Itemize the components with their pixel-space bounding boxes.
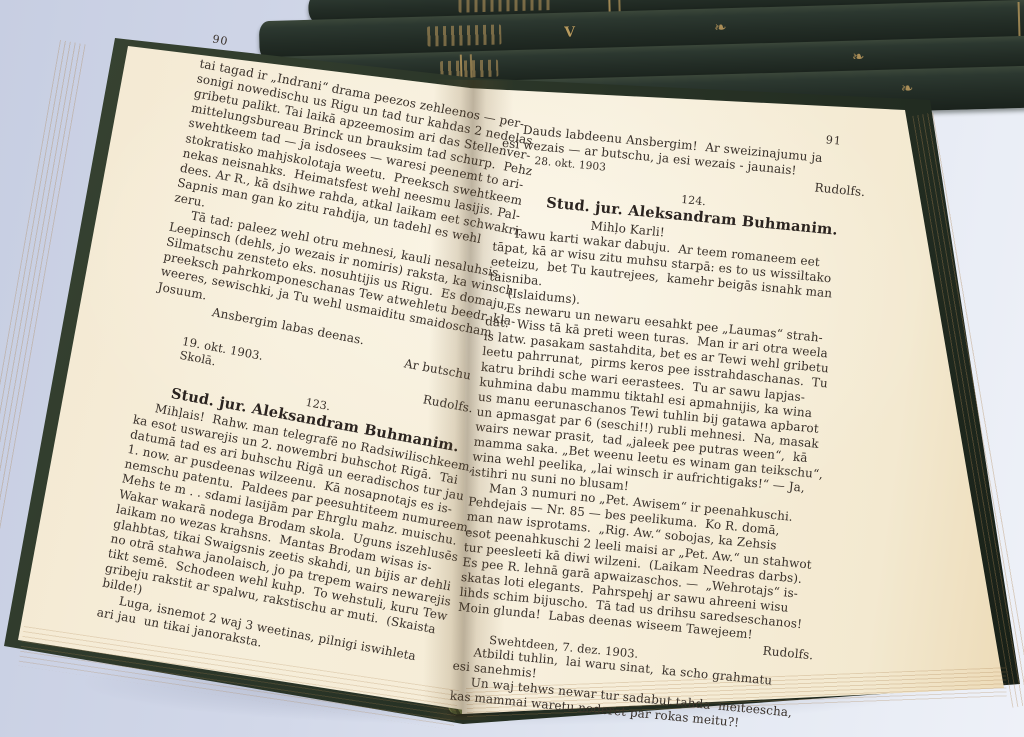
photo-scene: ❧ ❧ V ❧ ❧ IV ❧ ❧ 90: [0, 0, 1024, 737]
gold-cap-band: [1018, 2, 1024, 38]
gold-ornament-icon: ❧: [714, 18, 727, 36]
volume-numeral: V: [564, 24, 576, 40]
gold-ornament-icon: ❧: [852, 47, 865, 65]
paragraph-es-newaru: Es newaru un newaru eesahkt pee „Laumas“…: [470, 299, 877, 516]
gutter-shadow: [422, 79, 513, 720]
gold-ornament-icon: ❧: [776, 0, 789, 3]
gold-ornament-icon: ❧: [901, 79, 914, 97]
right-page-text: 91 Dauds labdeenu Ansbergim! Ar sweizina…: [449, 102, 896, 737]
gold-title-lettering: [458, 0, 550, 12]
gold-title-lettering: [427, 24, 502, 46]
